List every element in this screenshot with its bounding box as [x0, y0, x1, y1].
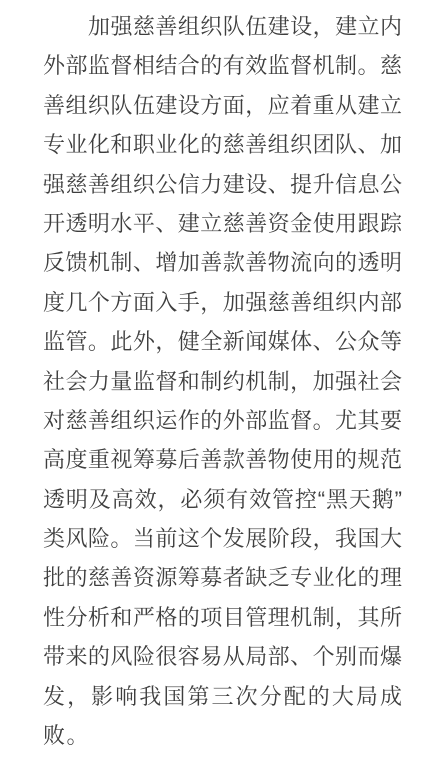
- text-line: 度几个方面入手，加强慈善组织内部: [43, 283, 402, 322]
- text-line: 败。: [43, 716, 402, 755]
- text-line: 带来的风险很容易从局部、个别而爆: [43, 637, 402, 676]
- text-line: 社会力量监督和制约机制，加强社会: [43, 362, 402, 401]
- text-line: 透明及高效，必须有效管控“黑天鹅”: [43, 480, 402, 519]
- text-line: 发，影响我国第三次分配的大局成: [43, 677, 402, 716]
- text-line: 专业化和职业化的慈善组织团队、加: [43, 125, 402, 164]
- text-line: 高度重视筹募后善款善物使用的规范: [43, 440, 402, 479]
- text-line: 开透明水平、建立慈善资金使用跟踪: [43, 204, 402, 243]
- text-line: 加强慈善组织队伍建设，建立内: [43, 7, 402, 46]
- text-line: 性分析和严格的项目管理机制，其所: [43, 598, 402, 637]
- text-line: 对慈善组织运作的外部监督。尤其要: [43, 401, 402, 440]
- text-line: 监管。此外，健全新闻媒体、公众等: [43, 322, 402, 361]
- text-line: 强慈善组织公信力建设、提升信息公: [43, 165, 402, 204]
- text-line: 类风险。当前这个发展阶段，我国大: [43, 519, 402, 558]
- reading-page: 加强慈善组织队伍建设，建立内 外部监督相结合的有效监督机制。慈 善组织队伍建设方…: [0, 0, 445, 768]
- text-line: 批的慈善资源筹募者缺乏专业化的理: [43, 558, 402, 597]
- text-line: 外部监督相结合的有效监督机制。慈: [43, 46, 402, 85]
- text-line: 善组织队伍建设方面，应着重从建立: [43, 86, 402, 125]
- text-line: 反馈机制、增加善款善物流向的透明: [43, 243, 402, 282]
